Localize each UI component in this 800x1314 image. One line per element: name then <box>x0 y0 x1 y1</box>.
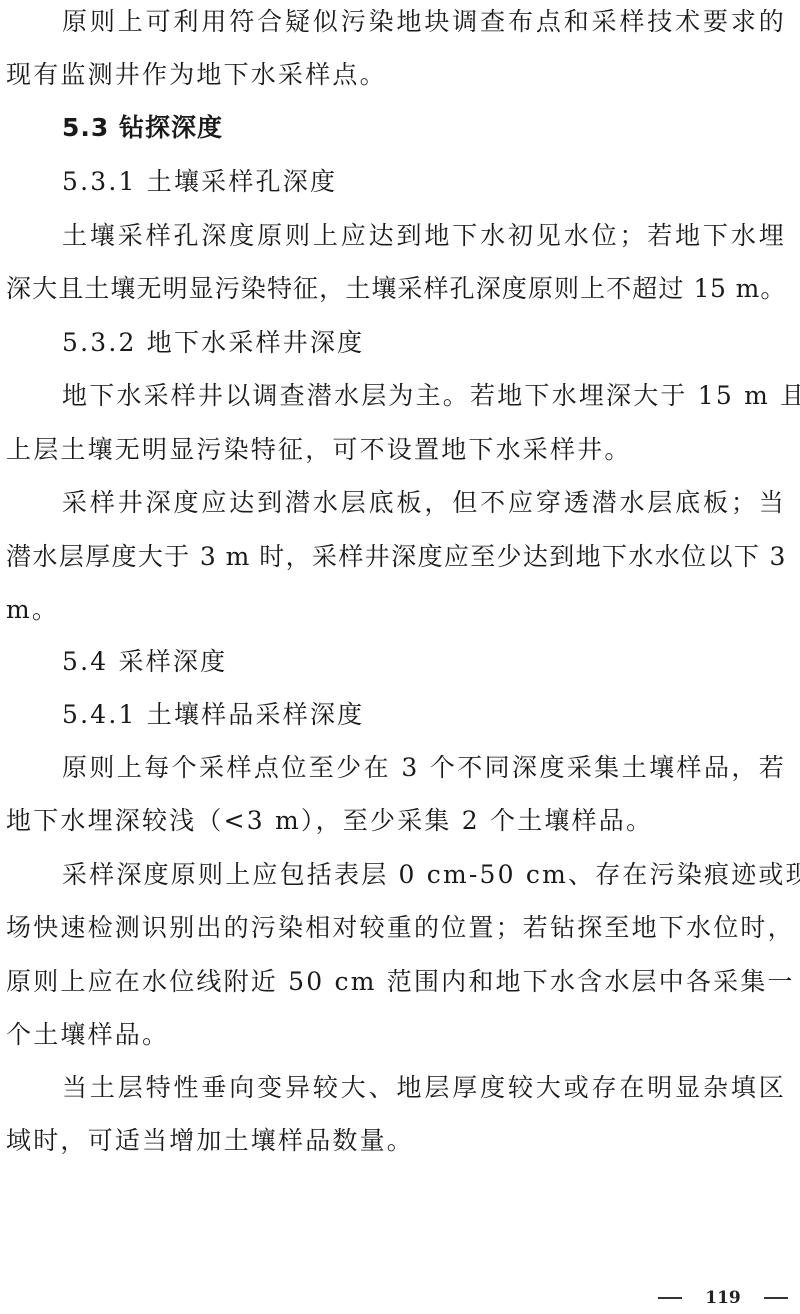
subsection-heading: 5.4 采样深度 <box>62 647 786 677</box>
page-number: 119 <box>705 1288 741 1308</box>
subsection-heading: 5.3.2 地下水采样井深度 <box>62 328 786 358</box>
dash-left-decoration <box>658 1297 682 1299</box>
paragraph-line: 地下水埋深较浅（<3 m），至少采集 2 个土壤样品。 <box>6 806 786 836</box>
paragraph-line: 地下水采样井以调查潜水层为主。若地下水埋深大于 15 m 且 <box>62 381 786 411</box>
paragraph-line: 采样深度原则上应包括表层 0 cm-50 cm、存在污染痕迹或现 <box>62 860 786 890</box>
paragraph-line: m。 <box>6 595 786 625</box>
section-heading: 5.3 钻探深度 <box>62 113 786 143</box>
dash-right-decoration <box>764 1297 788 1299</box>
paragraph-line: 域时，可适当增加土壤样品数量。 <box>6 1126 786 1156</box>
paragraph-line: 场快速检测识别出的污染相对较重的位置；若钻探至地下水位时， <box>6 913 786 943</box>
subsection-heading: 5.4.1 土壤样品采样深度 <box>62 700 786 730</box>
subsection-heading: 5.3.1 土壤采样孔深度 <box>62 167 786 197</box>
paragraph-line: 原则上每个采样点位至少在 3 个不同深度采集土壤样品，若 <box>62 753 786 783</box>
paragraph-line: 当土层特性垂向变异较大、地层厚度较大或存在明显杂填区 <box>62 1073 786 1103</box>
paragraph-line: 现有监测井作为地下水采样点。 <box>6 60 786 90</box>
paragraph-line: 上层土壤无明显污染特征，可不设置地下水采样井。 <box>6 435 786 465</box>
document-page: 原则上可利用符合疑似污染地块调查布点和采样技术要求的 现有监测井作为地下水采样点… <box>0 0 800 1314</box>
paragraph-line: 深大且土壤无明显污染特征，土壤采样孔深度原则上不超过 15 m。 <box>6 274 786 304</box>
paragraph-line: 原则上应在水位线附近 50 cm 范围内和地下水含水层中各采集一 <box>6 967 786 997</box>
paragraph-line: 土壤采样孔深度原则上应达到地下水初见水位；若地下水埋 <box>62 221 786 251</box>
paragraph-line: 个土壤样品。 <box>6 1020 786 1050</box>
paragraph-line: 潜水层厚度大于 3 m 时，采样井深度应至少达到地下水水位以下 3 <box>6 542 786 572</box>
paragraph-line: 采样井深度应达到潜水层底板，但不应穿透潜水层底板；当 <box>62 488 786 518</box>
paragraph-line: 原则上可利用符合疑似污染地块调查布点和采样技术要求的 <box>62 7 786 37</box>
page-footer: 119 <box>658 1287 788 1309</box>
